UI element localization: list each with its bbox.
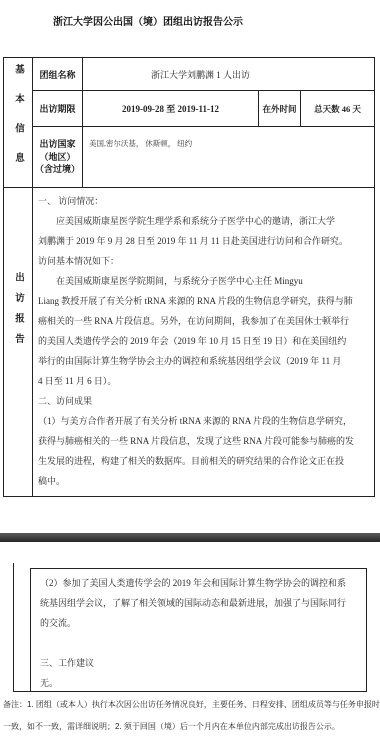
page-separator: [0, 533, 380, 542]
text-line: 的交流。: [40, 613, 360, 633]
footnote: 备注：1. 团组（或本人）执行本次因公出访任务情况良好，主要任务、日程安排、团组…: [3, 694, 379, 738]
time-abroad-label: 在外时间: [259, 91, 301, 127]
section-label-basic-info-text: 基本信息: [11, 64, 25, 182]
text-line: 一、 访问情况：: [38, 191, 103, 211]
section-label-report-text: 出访报告: [11, 272, 25, 354]
text-line: Liang 教授开展了有关分析 tRNA 来源的 RNA 片段的生物信息学研究，…: [38, 291, 353, 311]
countries-value: 美国,密尔沃基， 休斯顿， 纽约: [83, 127, 374, 188]
countries-label: 出访国家 （地区） （含过境）: [33, 127, 83, 188]
text-line: 一致，如不一致，需详细说明；2. 须于回国（境）后一个月内在本单位内部完成出访报…: [3, 716, 379, 738]
group-name-value: 浙江大学刘鹏渊 1 人出访: [83, 58, 374, 91]
basic-info-table: 基本信息 团组名称 浙江大学刘鹏渊 1 人出访 出访期限 2019-09-28 …: [3, 57, 375, 497]
text-line: 举行的由国际计算生物学协会主办的调控和系统基因组学会议（2019 年 11 月: [38, 351, 341, 371]
text-line: 在美国威斯康星医学院期间，与系统分子医学中心主任 Mingyu: [38, 271, 303, 291]
text-line: （1）与美方合作者开展了有关分析 tRNA 来源的 RNA 片段的生物信息学研究…: [38, 411, 352, 431]
group-name-label: 团组名称: [33, 58, 83, 91]
text-line: 统基因组学会议，了解了相关领域的国际动态和最新进展，加强了与国际同行: [40, 593, 360, 613]
report-content-page1: 一、 访问情况： 应美国威斯康星医学院生理学系和系统分子医学中心的邀请，浙江大学…: [33, 188, 374, 496]
countries-label-line2: （地区）: [39, 151, 75, 164]
text-line: 获得与肺癌相关的一些 RNA 片段信息，发现了这些 RNA 片段可能参与肺癌的发: [38, 431, 354, 451]
text-line: 备注：1. 团组（或本人）执行本次因公出访任务情况良好，主要任务、日程安排、团组…: [3, 694, 379, 716]
text-line: 二、访问成果: [38, 391, 92, 411]
page-title: 浙江大学因公出国（境）团组出访报告公示: [53, 13, 243, 28]
countries-label-line1: 出访国家: [39, 138, 75, 151]
section-label-report: 出访报告: [4, 188, 33, 496]
report-content-page2: （2）参加了美国人类遗传学会的 2019 年会和国际计算生物学协会的调控和系统基…: [30, 568, 367, 692]
visit-period-label: 出访期限: [33, 91, 83, 127]
text-line: 刘鹏渊于 2019 年 9 月 28 日至 2019 年 11 月 11 日赴美…: [38, 231, 348, 251]
text-line: 应美国威斯康星医学院生理学系和系统分子医学中心的邀请，浙江大学: [38, 211, 335, 231]
text-line: 访问基本情况如下：: [38, 251, 119, 271]
text-line: 稿中。: [38, 471, 65, 491]
text-line: 的美国人类遗传学会的 2019 年会（2019 年 10 月 15 日至 19 …: [38, 331, 346, 351]
table-left-border-continuation: [13, 563, 14, 692]
text-line: 生发展的进程，构建了相关的数据库。目前相关的研究结果的合作论文正在投: [38, 451, 344, 471]
section-label-basic-info: 基本信息: [4, 58, 33, 188]
document-page: 浙江大学因公出国（境）团组出访报告公示 基本信息 团组名称 浙江大学刘鹏渊 1 …: [0, 0, 380, 755]
time-abroad-value: 总天数 46 天: [301, 91, 374, 127]
text-line: 无。: [40, 673, 360, 692]
text-line: [40, 633, 360, 653]
visit-period-value: 2019-09-28 至 2019-11-12: [83, 91, 259, 127]
text-line: 三、工作建议: [40, 653, 360, 673]
text-line: 癌相关的一些 RNA 片段信息。另外，在访问期间，我参加了在美国休士顿举行: [38, 311, 349, 331]
countries-label-line3: （含过境）: [35, 163, 80, 176]
text-line: 4 日至 11 月 6 日）。: [38, 371, 116, 391]
text-line: （2）参加了美国人类遗传学会的 2019 年会和国际计算生物学协会的调控和系: [40, 573, 360, 593]
